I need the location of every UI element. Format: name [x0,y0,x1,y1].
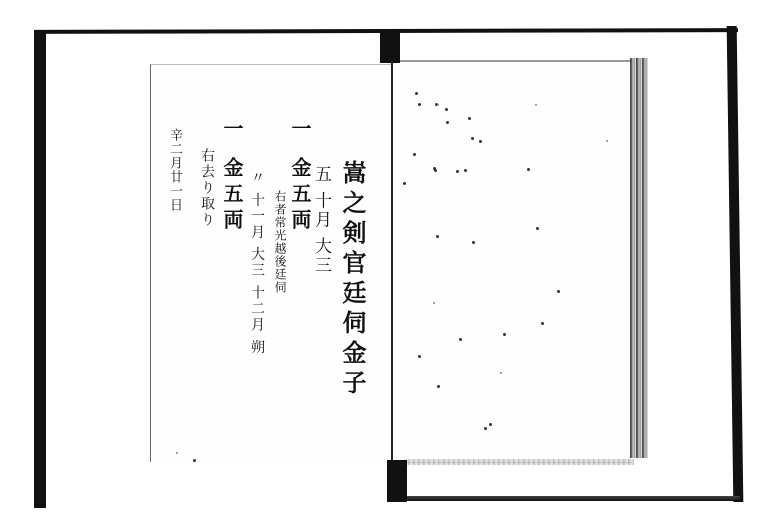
entry2-note-column: 右去り取り [200,148,214,228]
cover-edge-right [727,26,744,502]
closing-date-column: 辛二月廿一日 [168,128,181,212]
entry1-note-column: 右者常光越後廷伺 [274,190,286,294]
entry1-amount-column: 一 金五両 [290,118,310,235]
scanned-book-spread: 嵩之剣官廷伺金子 五 十月 大三 一 金五両 右者常光越後廷伺 〃 十一月 大三… [0,0,768,518]
spine-bottom [387,460,407,502]
right-page [396,60,632,463]
cover-edge-left [34,30,46,508]
entry2-amount-column: 一 金五両 [222,118,242,235]
entry2-date-column: 〃 十一月 大三 十二月 朔 [250,170,264,356]
spine-top [380,30,400,63]
page-bottom-edge [404,459,634,465]
entry1-date-column: 五 十月 大三 [312,165,329,275]
cover-edge-bottom [400,496,740,501]
page-stack-edge [630,58,648,458]
spine-gutter [391,60,393,460]
manuscript-title-column: 嵩之剣官廷伺金子 [340,160,364,400]
